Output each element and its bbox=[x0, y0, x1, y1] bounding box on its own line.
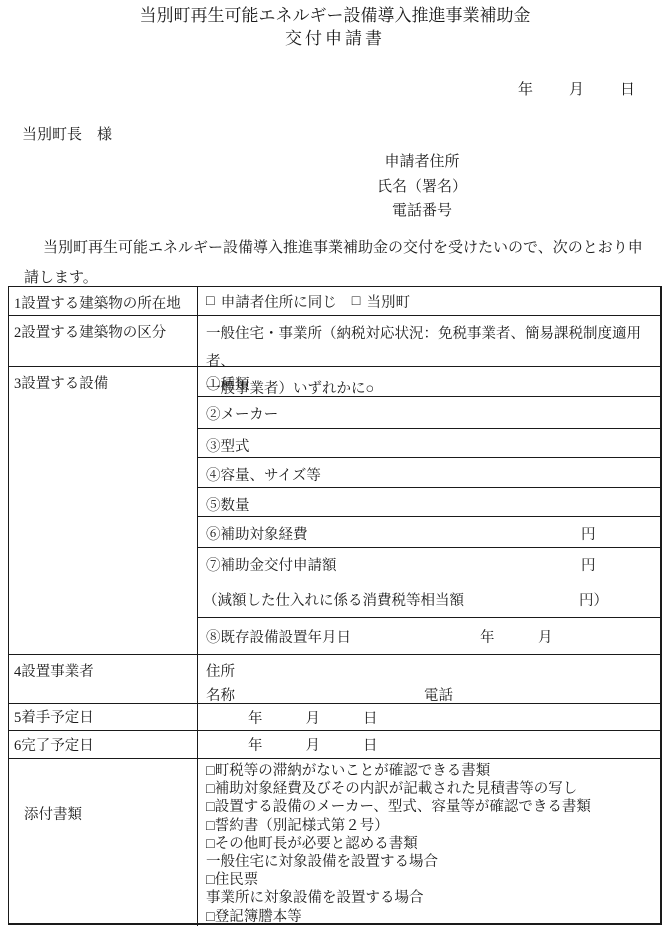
row-installer-content: 住所 名称 電話 bbox=[198, 655, 660, 703]
row-attachments-label: 添付書類 bbox=[9, 759, 198, 926]
applicant-phone-label: 電話番号 bbox=[332, 199, 512, 224]
equipment-expense-row: ⑥補助対象経費 円 bbox=[198, 516, 660, 547]
addressee: 当別町長 様 bbox=[22, 123, 112, 144]
row-building-category-label: 2設置する建築物の区分 bbox=[9, 316, 198, 366]
equipment-kind-label: ①種類 bbox=[206, 377, 250, 393]
tax-note-label: （減額した仕入れに係る消費税等相当額 bbox=[203, 589, 464, 610]
equipment-maker-row: ②メーカー bbox=[198, 396, 660, 428]
row-building-location-label: 1設置する建築物の所在地 bbox=[9, 287, 198, 315]
attachment-line: □町税等の滞納がないことが確認できる書類 bbox=[206, 762, 660, 780]
row-building-category: 2設置する建築物の区分 一般住宅・事業所（納税対応状況：免税事業者、簡易課税制度… bbox=[9, 315, 660, 366]
grant-label: ⑦補助金交付申請額 bbox=[206, 558, 337, 574]
attachment-line: □登記簿謄本等 bbox=[206, 908, 660, 926]
application-table: 1設置する建築物の所在地 □申請者住所に同じ□当別町 2設置する建築物の区分 一… bbox=[8, 286, 662, 925]
completion-day-label: 日 bbox=[363, 734, 378, 755]
start-year-label: 年 bbox=[248, 707, 263, 728]
row-equipment: 3設置する設備 ①種類 ②メーカー ③型式 ④容量、サイズ等 ⑤数量 ⑥補助対象… bbox=[9, 366, 660, 654]
existing-month-label: 月 bbox=[538, 626, 553, 647]
equipment-existing-row: ⑧既存設備設置年月日 年 月 bbox=[198, 617, 660, 655]
row-completion-date: 6完了予定日 年 月 日 bbox=[9, 730, 660, 758]
row-building-category-content: 一般住宅・事業所（納税対応状況：免税事業者、簡易課税制度適用者、 一般事業者）い… bbox=[198, 316, 660, 366]
equipment-maker-label: ②メーカー bbox=[206, 407, 278, 423]
attachment-line: □その他町長が必要と認める書類 bbox=[206, 835, 660, 853]
start-month-label: 月 bbox=[306, 707, 321, 728]
tax-note-yen-label: 円） bbox=[579, 589, 608, 610]
applicant-info-block: 申請者住所 氏名（署名） 電話番号 bbox=[332, 150, 512, 224]
option-same-as-applicant: 申請者住所に同じ bbox=[221, 291, 337, 312]
attachment-line: □補助対象経費及びその内訳が記載された見積書等の写し bbox=[206, 780, 660, 798]
installer-address-label: 住所 bbox=[206, 660, 660, 684]
expense-yen-label: 円 bbox=[581, 523, 596, 544]
option-tobetsu-town: 当別町 bbox=[367, 291, 411, 312]
equipment-grant-row: ⑦補助金交付申請額 円 （減額した仕入れに係る消費税等相当額 円） bbox=[198, 547, 660, 617]
row-attachments-content: □町税等の滞納がないことが確認できる書類 □補助対象経費及びその内訳が記載された… bbox=[198, 759, 660, 926]
form-subtitle: 交付申請書 bbox=[10, 24, 660, 49]
attachment-line: □設置する設備のメーカー、型式、容量等が確認できる書類 bbox=[206, 798, 660, 816]
row-completion-date-content: 年 月 日 bbox=[198, 731, 660, 758]
start-day-label: 日 bbox=[363, 707, 378, 728]
equipment-subrows: ①種類 ②メーカー ③型式 ④容量、サイズ等 ⑤数量 ⑥補助対象経費 円 ⑦補助… bbox=[198, 367, 660, 654]
date-day-label: 日 bbox=[620, 78, 635, 99]
applicant-address-label: 申請者住所 bbox=[332, 150, 512, 175]
grant-yen-label: 円 bbox=[581, 554, 596, 575]
applicant-name-label: 氏名（署名） bbox=[332, 175, 512, 200]
expense-label: ⑥補助対象経費 bbox=[206, 527, 308, 543]
intro-line-1: 当別町再生可能エネルギー設備導入推進事業補助金の交付を受けたいので、次のとおり申 bbox=[24, 233, 643, 263]
date-line: 年 月 日 bbox=[518, 78, 635, 99]
completion-month-label: 月 bbox=[306, 734, 321, 755]
intro-paragraph: 当別町再生可能エネルギー設備導入推進事業補助金の交付を受けたいので、次のとおり申… bbox=[24, 233, 643, 293]
row-completion-date-label: 6完了予定日 bbox=[9, 731, 198, 758]
attachment-line: 一般住宅に対象設備を設置する場合 bbox=[206, 853, 660, 871]
equipment-quantity-label: ⑤数量 bbox=[206, 498, 250, 514]
completion-year-label: 年 bbox=[248, 734, 263, 755]
attachment-line: □誓約書（別記様式第２号） bbox=[206, 817, 660, 835]
row-building-location: 1設置する建築物の所在地 □申請者住所に同じ□当別町 bbox=[9, 287, 660, 315]
checkbox-icon: □ bbox=[206, 293, 215, 310]
date-year-label: 年 bbox=[518, 78, 533, 99]
equipment-capacity-row: ④容量、サイズ等 bbox=[198, 457, 660, 487]
attachment-line: 事業所に対象設備を設置する場合 bbox=[206, 889, 660, 907]
attachment-line: □住民票 bbox=[206, 871, 660, 889]
form-title: 当別町再生可能エネルギー設備導入推進事業補助金 bbox=[10, 1, 660, 26]
row-start-date-content: 年 月 日 bbox=[198, 704, 660, 730]
row-equipment-label: 3設置する設備 bbox=[9, 367, 198, 654]
row-installer-label: 4設置事業者 bbox=[9, 655, 198, 703]
equipment-model-row: ③型式 bbox=[198, 428, 660, 457]
installer-name-label: 名称 bbox=[206, 688, 235, 704]
equipment-capacity-label: ④容量、サイズ等 bbox=[206, 468, 321, 484]
date-month-label: 月 bbox=[569, 78, 584, 99]
row-start-date-label: 5着手予定日 bbox=[9, 704, 198, 730]
existing-year-label: 年 bbox=[480, 626, 495, 647]
row-installer: 4設置事業者 住所 名称 電話 bbox=[9, 654, 660, 703]
row-start-date: 5着手予定日 年 月 日 bbox=[9, 703, 660, 730]
row-attachments: 添付書類 □町税等の滞納がないことが確認できる書類 □補助対象経費及びその内訳が… bbox=[9, 758, 660, 926]
subsidy-application-form: 当別町再生可能エネルギー設備導入推進事業補助金 交付申請書 年 月 日 当別町長… bbox=[0, 0, 670, 928]
row-building-location-content: □申請者住所に同じ□当別町 bbox=[198, 287, 660, 315]
equipment-model-label: ③型式 bbox=[206, 439, 250, 455]
checkbox-icon: □ bbox=[352, 293, 361, 310]
existing-equipment-label: ⑧既存設備設置年月日 bbox=[206, 630, 351, 646]
equipment-quantity-row: ⑤数量 bbox=[198, 487, 660, 516]
equipment-kind-row: ①種類 bbox=[198, 367, 660, 396]
